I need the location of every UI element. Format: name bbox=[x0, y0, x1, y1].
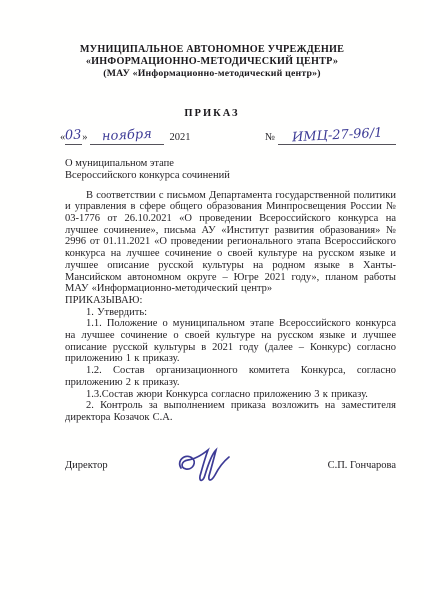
order-item-2: 2. Контроль за выполнением приказа возло… bbox=[65, 400, 396, 423]
date-month-handwritten: ноября bbox=[101, 128, 151, 144]
number-underline: ИМЦ-27-96/1 bbox=[278, 130, 396, 145]
date-close-quote: » bbox=[82, 132, 87, 143]
date-day-underline: 03 bbox=[65, 130, 82, 145]
org-name-line2: «ИНФОРМАЦИОННО-МЕТОДИЧЕСКИЙ ЦЕНТР» bbox=[0, 56, 424, 68]
body-text: В соответствии с письмом Департамента го… bbox=[65, 190, 396, 424]
signatory-name: С.П. Гончарова bbox=[328, 460, 396, 471]
date-number-row: «03»ноября2021 №ИМЦ-27-96/1 bbox=[60, 129, 396, 145]
order-item-1-3: 1.3.Состав жюри Конкурса согласно прилож… bbox=[65, 389, 396, 401]
number-field: №ИМЦ-27-96/1 bbox=[265, 130, 396, 145]
subject-line1: О муниципальном этапе bbox=[65, 158, 396, 170]
director-signature bbox=[173, 446, 235, 486]
order-item-1-2: 1.2. Состав организационного комитета Ко… bbox=[65, 365, 396, 388]
order-item-1: 1. Утвердить: bbox=[65, 307, 396, 319]
date-field: «03»ноября2021 bbox=[60, 130, 191, 145]
subject-block: О муниципальном этапе Всероссийского кон… bbox=[65, 158, 396, 182]
date-month-underline: ноября bbox=[90, 130, 164, 145]
signatory-position: Директор bbox=[65, 460, 108, 471]
order-keyword: ПРИКАЗЫВАЮ: bbox=[65, 295, 396, 307]
org-name-line1: МУНИЦИПАЛЬНОЕ АВТОНОМНОЕ УЧРЕЖДЕНИЕ bbox=[0, 44, 424, 56]
number-label: № bbox=[265, 132, 275, 143]
date-day-handwritten: 03 bbox=[65, 129, 82, 143]
signature-row: Директор С.П. Гончарова bbox=[65, 460, 396, 471]
order-item-1-1: 1.1. Положение о муниципальном этапе Все… bbox=[65, 318, 396, 365]
preamble-paragraph: В соответствии с письмом Департамента го… bbox=[65, 190, 396, 295]
doc-type-title: ПРИКАЗ bbox=[0, 108, 424, 119]
document-page: МУНИЦИПАЛЬНОЕ АВТОНОМНОЕ УЧРЕЖДЕНИЕ «ИНФ… bbox=[0, 0, 424, 599]
date-year: 2021 bbox=[170, 132, 191, 143]
org-header: МУНИЦИПАЛЬНОЕ АВТОНОМНОЕ УЧРЕЖДЕНИЕ «ИНФ… bbox=[0, 44, 424, 80]
subject-line2: Всероссийского конкурса сочинений bbox=[65, 170, 396, 182]
number-value-handwritten: ИМЦ-27-96/1 bbox=[291, 127, 382, 145]
org-name-line3: (МАУ «Информационно-методический центр») bbox=[0, 68, 424, 80]
